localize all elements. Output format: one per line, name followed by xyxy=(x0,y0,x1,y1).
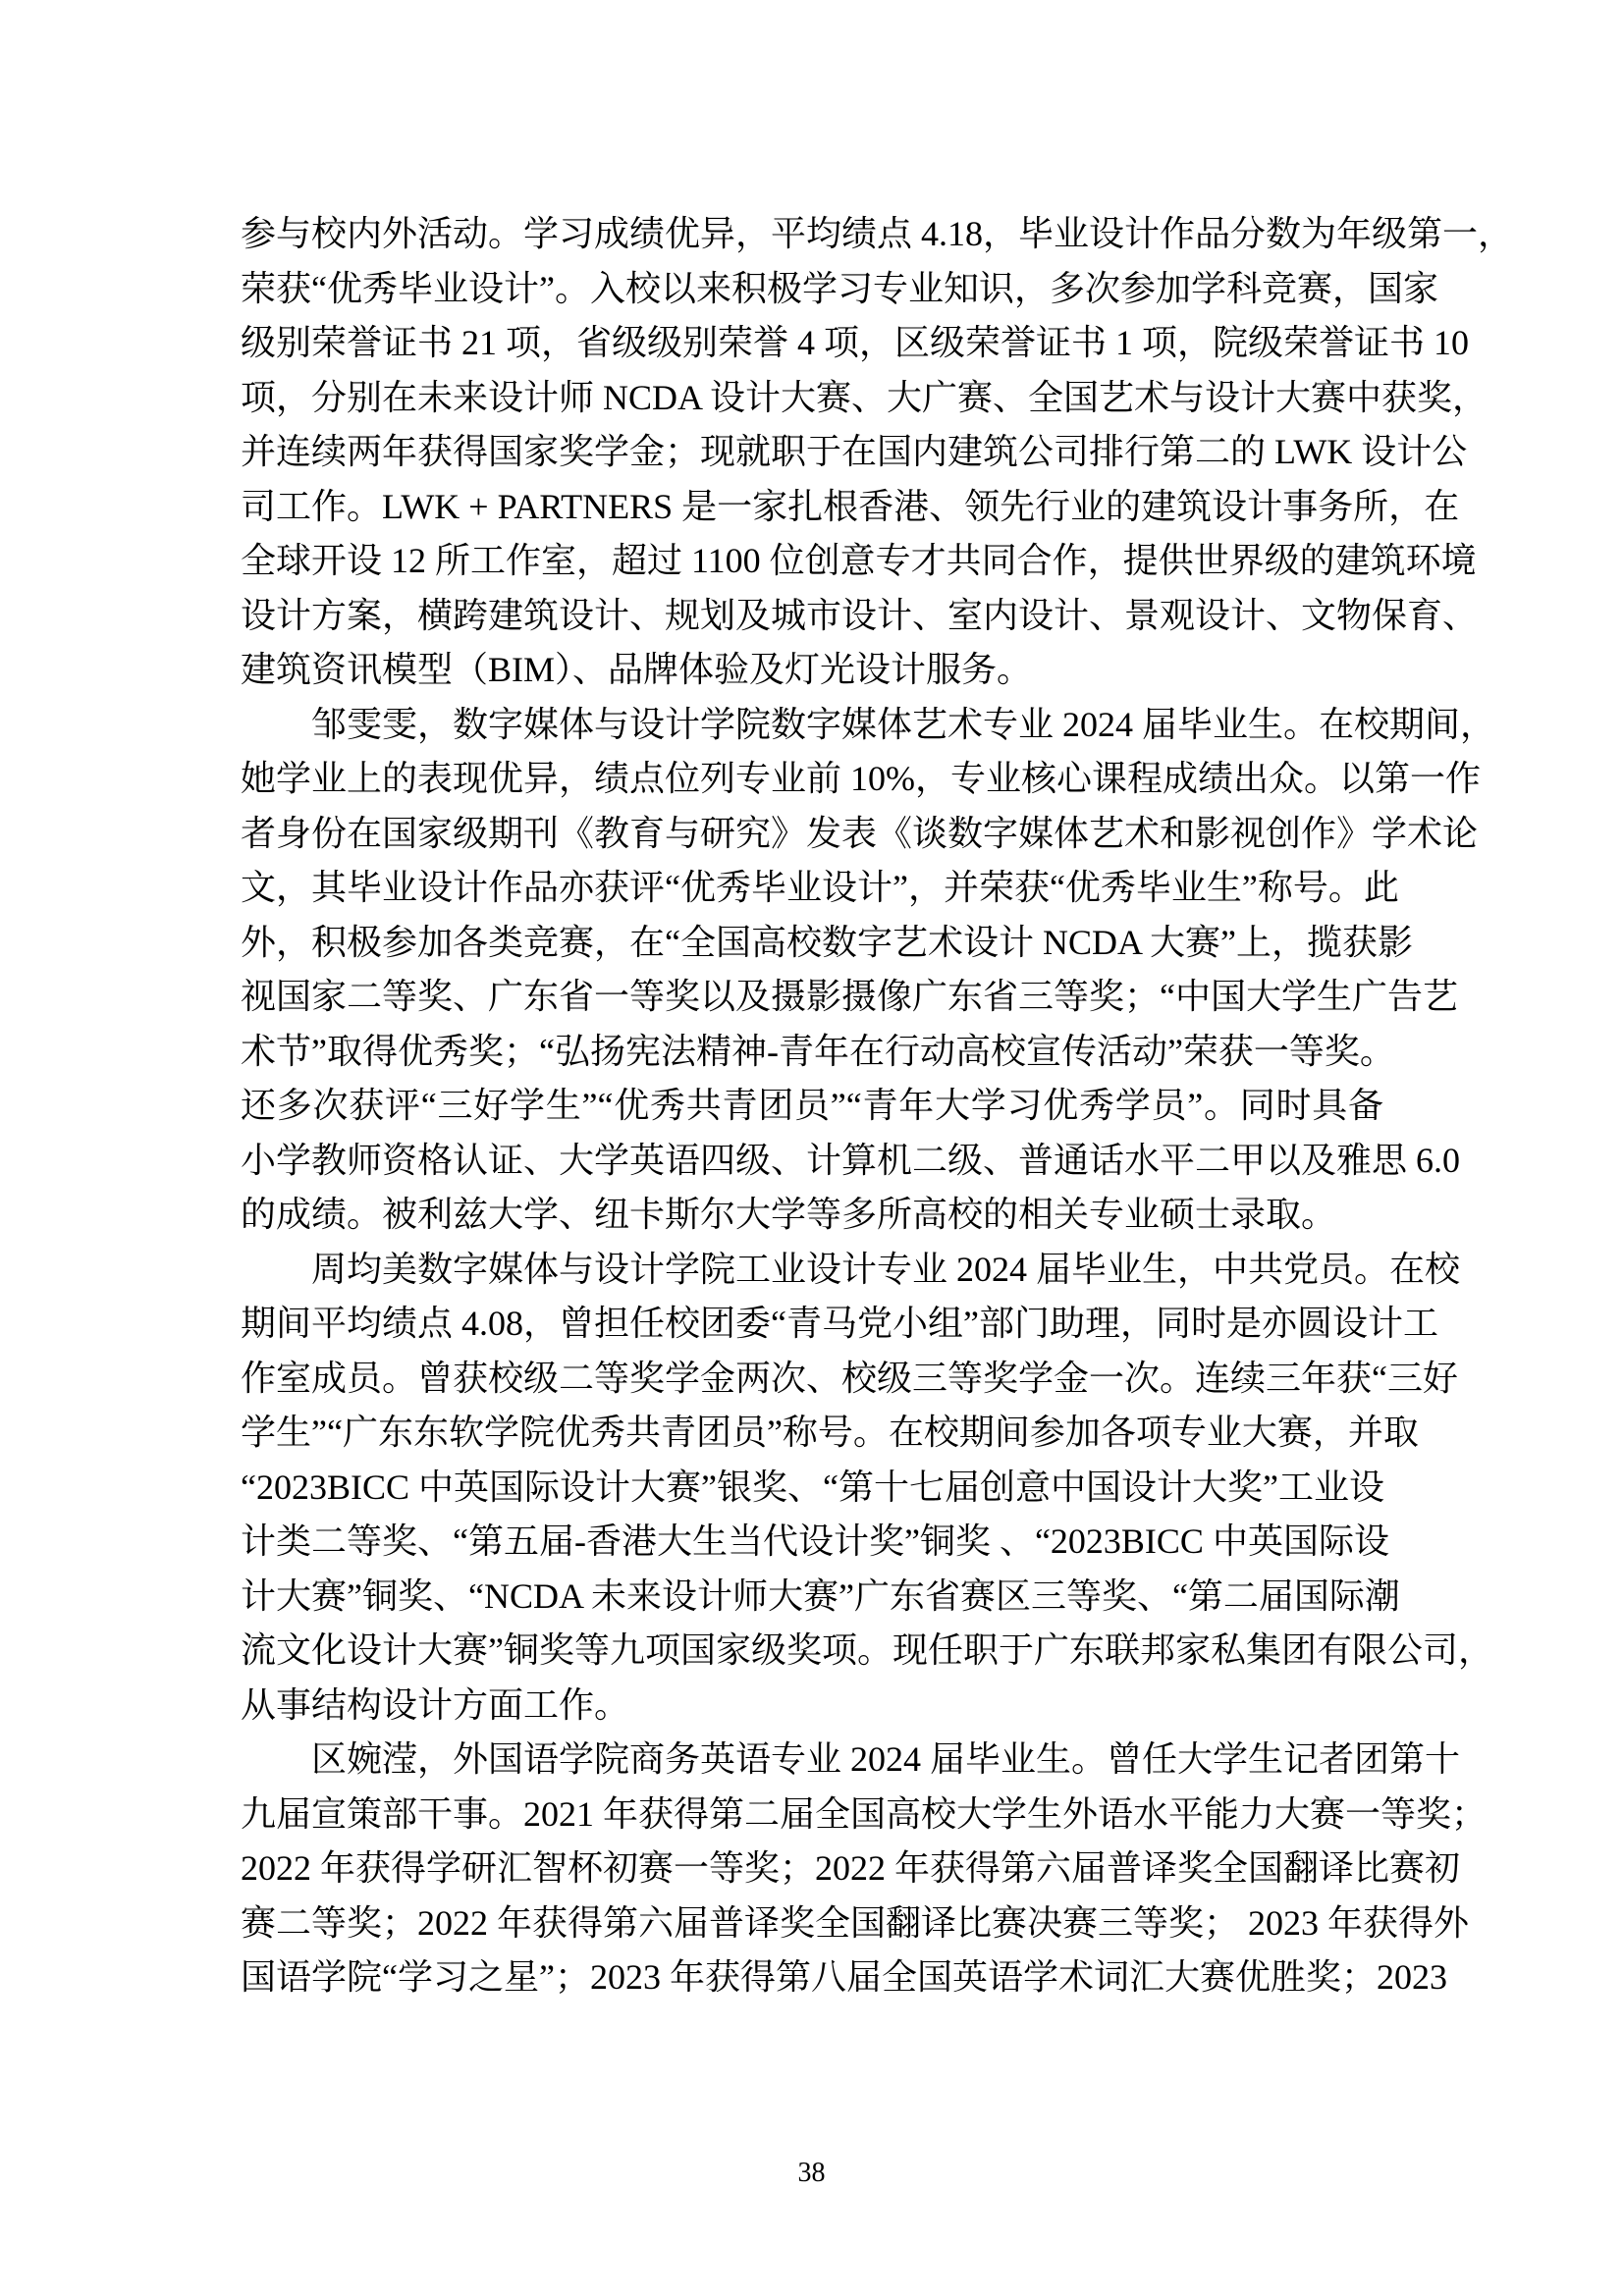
text-line: 者身份在国家级期刊《教育与研究》发表《谈数字媒体艺术和影视创作》学术论 xyxy=(241,807,1383,862)
text-line: 视国家二等奖、广东省一等奖以及摄影摄像广东省三等奖；“中国大学生广告艺 xyxy=(241,970,1383,1025)
text-line: 设计方案，横跨建筑设计、规划及城市设计、室内设计、景观设计、文物保育、 xyxy=(241,589,1383,644)
text-line: 她学业上的表现优异，绩点位列专业前 10%，专业核心课程成绩出众。以第一作 xyxy=(241,752,1383,807)
text-line: 全球开设 12 所工作室，超过 1100 位创意专才共同合作，提供世界级的建筑环… xyxy=(241,534,1383,589)
paragraph: 参与校内外活动。学习成绩优异，平均绩点 4.18，毕业设计作品分数为年级第一，荣… xyxy=(241,207,1383,698)
text-line: 参与校内外活动。学习成绩优异，平均绩点 4.18，毕业设计作品分数为年级第一， xyxy=(241,207,1383,262)
text-line: 期间平均绩点 4.08，曾担任校团委“青马党小组”部门助理，同时是亦圆设计工 xyxy=(241,1297,1383,1352)
text-line: 并连续两年获得国家奖学金；现就职于在国内建筑公司排行第二的 LWK 设计公 xyxy=(241,425,1383,480)
text-line: 从事结构设计方面工作。 xyxy=(241,1679,1383,1734)
text-line: 计大赛”铜奖、“NCDA 未来设计师大赛”广东省赛区三等奖、“第二届国际潮 xyxy=(241,1570,1383,1625)
page-number: 38 xyxy=(0,2156,1623,2191)
text-line: 流文化设计大赛”铜奖等九项国家级奖项。现任职于广东联邦家私集团有限公司， xyxy=(241,1624,1383,1679)
text-line: 荣获“优秀毕业设计”。入校以来积极学习专业知识，多次参加学科竞赛，国家 xyxy=(241,262,1383,317)
text-line: 九届宣策部干事。2021 年获得第二届全国高校大学生外语水平能力大赛一等奖； xyxy=(241,1788,1383,1842)
paragraph: 区婉滢，外国语学院商务英语专业 2024 届毕业生。曾任大学生记者团第十九届宣策… xyxy=(241,1733,1383,2005)
text-line: 2022 年获得学研汇智杯初赛一等奖；2022 年获得第六届普译奖全国翻译比赛初 xyxy=(241,1842,1383,1896)
document-body: 参与校内外活动。学习成绩优异，平均绩点 4.18，毕业设计作品分数为年级第一，荣… xyxy=(241,207,1383,2005)
text-line: 赛二等奖；2022 年获得第六届普译奖全国翻译比赛决赛三等奖； 2023 年获得… xyxy=(241,1896,1383,1951)
text-line: 周均美数字媒体与设计学院工业设计专业 2024 届毕业生，中共党员。在校 xyxy=(241,1243,1383,1298)
text-line: 计类二等奖、“第五届-香港大生当代设计奖”铜奖 、“2023BICC 中英国际设 xyxy=(241,1515,1383,1570)
text-line: “2023BICC 中英国际设计大赛”银奖、“第十七届创意中国设计大奖”工业设 xyxy=(241,1461,1383,1516)
text-line: 的成绩。被利兹大学、纽卡斯尔大学等多所高校的相关专业硕士录取。 xyxy=(241,1188,1383,1243)
paragraph: 邹雯雯，数字媒体与设计学院数字媒体艺术专业 2024 届毕业生。在校期间，她学业… xyxy=(241,698,1383,1243)
text-line: 项，分别在未来设计师 NCDA 设计大赛、大广赛、全国艺术与设计大赛中获奖， xyxy=(241,371,1383,426)
text-line: 国语学院“学习之星”；2023 年获得第八届全国英语学术词汇大赛优胜奖；2023 xyxy=(241,1950,1383,2005)
text-line: 外，积极参加各类竞赛，在“全国高校数字艺术设计 NCDA 大赛”上，揽获影 xyxy=(241,916,1383,971)
text-line: 术节”取得优秀奖；“弘扬宪法精神-青年在行动高校宣传活动”荣获一等奖。 xyxy=(241,1025,1383,1080)
text-line: 作室成员。曾获校级二等奖学金两次、校级三等奖学金一次。连续三年获“三好 xyxy=(241,1352,1383,1407)
text-line: 还多次获评“三好学生”“优秀共青团员”“青年大学习优秀学员”。同时具备 xyxy=(241,1079,1383,1134)
text-line: 文，其毕业设计作品亦获评“优秀毕业设计”，并荣获“优秀毕业生”称号。此 xyxy=(241,861,1383,916)
paragraph: 周均美数字媒体与设计学院工业设计专业 2024 届毕业生，中共党员。在校期间平均… xyxy=(241,1243,1383,1734)
text-line: 司工作。LWK + PARTNERS 是一家扎根香港、领先行业的建筑设计事务所，… xyxy=(241,480,1383,535)
text-line: 级别荣誉证书 21 项，省级级别荣誉 4 项，区级荣誉证书 1 项，院级荣誉证书… xyxy=(241,316,1383,371)
text-line: 小学教师资格认证、大学英语四级、计算机二级、普通话水平二甲以及雅思 6.0 xyxy=(241,1134,1383,1189)
document-page: 参与校内外活动。学习成绩优异，平均绩点 4.18，毕业设计作品分数为年级第一，荣… xyxy=(0,0,1623,2296)
text-line: 建筑资讯模型（BIM）、品牌体验及灯光设计服务。 xyxy=(241,643,1383,698)
text-line: 邹雯雯，数字媒体与设计学院数字媒体艺术专业 2024 届毕业生。在校期间， xyxy=(241,698,1383,753)
text-line: 区婉滢，外国语学院商务英语专业 2024 届毕业生。曾任大学生记者团第十 xyxy=(241,1733,1383,1788)
text-line: 学生”“广东东软学院优秀共青团员”称号。在校期间参加各项专业大赛，并取 xyxy=(241,1406,1383,1461)
